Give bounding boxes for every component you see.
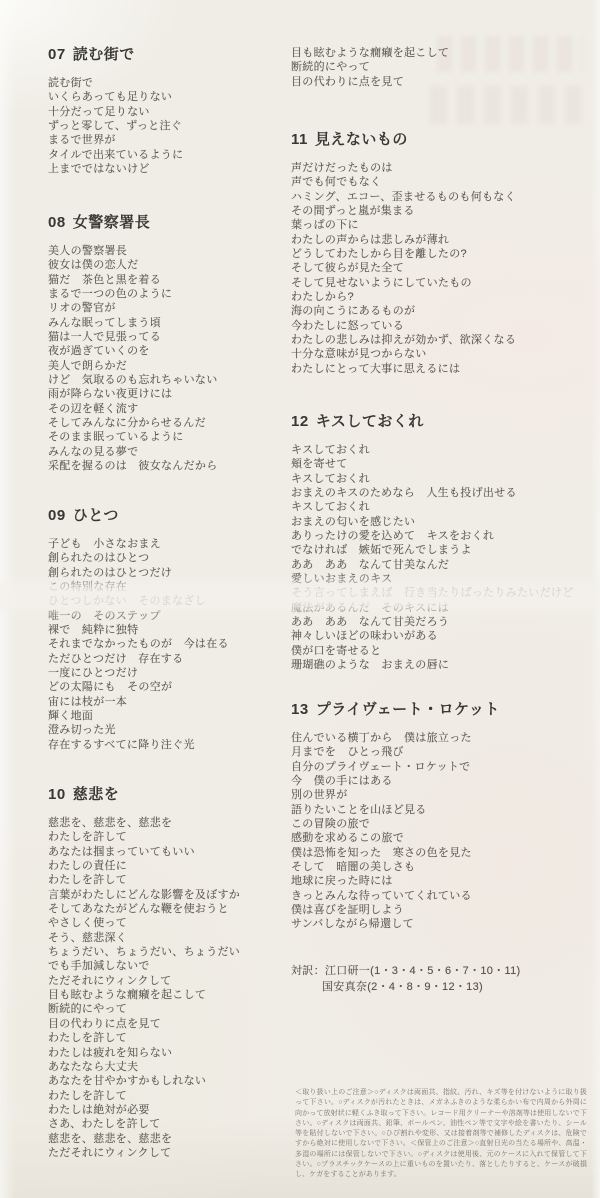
lyric-line: ひとつしかない そのまなざし xyxy=(48,594,229,608)
lyric-line: 僕は恐怖を知った 寒さの色を見た xyxy=(291,846,500,860)
lyric-line: 一度にひとつだけ xyxy=(48,666,229,680)
lyric-line: 上までではないけど xyxy=(48,162,183,176)
lyrics-column-right: 目も眩むような癇癪を起こして断続的にやって目の代わりに点を見て 11見えないもの… xyxy=(291,0,591,1198)
translator-tracks: (2・4・8・9・12・13) xyxy=(367,981,483,993)
song-section-12: 12キスしておくれ キスしておくれ頬を寄せてキスしておくれおまえのキスのためなら… xyxy=(291,413,574,673)
lyric-line: 創られたのはひとつだけ xyxy=(48,566,229,580)
lyric-line: どうしてわたしから目を離したの? xyxy=(291,247,516,261)
lyric-line: わたしを許して xyxy=(48,1031,240,1045)
lyric-line: わたしは疲れを知らない xyxy=(48,1046,240,1060)
lyric-line: ただそれにウィンクして xyxy=(48,1146,240,1160)
lyric-line: でも手加減しないで xyxy=(48,959,240,973)
track-title: 読む街で xyxy=(73,46,135,63)
lyric-line: わたしの責任に xyxy=(48,859,240,873)
lyric-line: きっとみんな待っていてくれている xyxy=(291,889,500,903)
track-number: 09 xyxy=(48,507,66,524)
lyric-line: 頬を寄せて xyxy=(291,457,574,471)
track-title: 女警察署長 xyxy=(73,214,151,231)
lyric-line: そして見せないようにしていたもの xyxy=(291,276,516,290)
lyric-line: 地球に戻った時には xyxy=(291,874,500,888)
song-heading: 10慈悲を xyxy=(48,786,240,804)
lyric-line: それまでなかったものが 今は在る xyxy=(48,637,229,651)
lyric-line: キスしておくれ xyxy=(291,443,574,457)
lyric-line: まるで世界が xyxy=(48,133,183,147)
song-heading: 07読む街で xyxy=(48,46,183,64)
lyric-line: その間ずっと嵐が集まる xyxy=(291,204,516,218)
lyrics-block-continuation: 目も眩むような癇癪を起こして断続的にやって目の代わりに点を見て xyxy=(291,46,449,89)
track-number: 10 xyxy=(48,786,66,803)
song-heading: 13プライヴェート・ロケット xyxy=(291,701,500,719)
lyrics-block: 住んでいる横丁から 僕は旅立った月までを ひとっ飛び自分のプライヴェート・ロケッ… xyxy=(291,731,500,932)
lyric-line: わたしを許して xyxy=(48,1089,240,1103)
lyric-line: 断続的にやって xyxy=(291,60,449,74)
lyric-line: この冒険の旅で xyxy=(291,817,500,831)
lyric-line: リオの警官が xyxy=(48,301,218,315)
lyric-line: そして彼らが見た全て xyxy=(291,261,516,275)
lyric-line: さあ、わたしを許して xyxy=(48,1117,240,1131)
lyric-line: 僕は喜びを証明しよう xyxy=(291,903,500,917)
song-section-10: 10慈悲を 慈悲を、慈悲を、慈悲をわたしを許してあなたは掴まっていてもいいわたし… xyxy=(48,786,240,1160)
lyric-line: みんなの見る夢で xyxy=(48,445,218,459)
lyric-line: 輝く地面 xyxy=(48,709,229,723)
lyric-line: いくらあっても足りない xyxy=(48,90,183,104)
lyrics-block: 慈悲を、慈悲を、慈悲をわたしを許してあなたは掴まっていてもいいわたしの責任にわた… xyxy=(48,816,240,1160)
lyric-line: わたしにとって大事に思えるには xyxy=(291,362,516,376)
lyric-line: ちょうだい、ちょうだい、ちょうだい xyxy=(48,945,240,959)
lyric-line: 珊瑚礁のような おまえの唇に xyxy=(291,658,574,672)
lyrics-block: 美人の警察署長彼女は僕の恋人だ猫だ 茶色と黒を着るまるで一つの色のようにリオの警… xyxy=(48,244,218,474)
lyric-line: キスしておくれ xyxy=(291,500,574,514)
lyric-line: 断続的にやって xyxy=(48,1002,240,1016)
translation-credits: 対訳：江口研一(1・3・4・5・6・7・10・11) 国安真奈(2・4・8・9・… xyxy=(291,964,521,995)
lyric-line: そしてあなたがどんな鞭を使おうと xyxy=(48,902,240,916)
lyric-line: 僕が口を寄せると xyxy=(291,644,574,658)
lyrics-block: 読む街でいくらあっても足りない十分だって足りないずっと零して、ずっと注ぐまるで世… xyxy=(48,76,183,176)
credits-label: 対訳： xyxy=(291,965,325,977)
lyric-line: 目の代わりに点を見て xyxy=(48,1017,240,1031)
lyric-line: わたしは絶対が必要 xyxy=(48,1103,240,1117)
lyric-line: サンバしながら帰還して xyxy=(291,917,500,931)
lyrics-block: 子ども 小さなおまえ創られたのはひとつ創られたのはひとつだけこの特別な存在ひとつ… xyxy=(48,537,229,752)
lyric-line: そしてみんなに分からせるんだ xyxy=(48,416,218,430)
lyric-line: その辺を軽く流す xyxy=(48,402,218,416)
lyric-line: 魔法があるんだ そのキスには xyxy=(291,601,574,615)
song-heading: 12キスしておくれ xyxy=(291,413,574,431)
lyric-line: 十分な意味が見つからない xyxy=(291,347,516,361)
track-title: プライヴェート・ロケット xyxy=(316,701,500,718)
lyrics-block: 声だけだったものは声でも何でもなくハミング、エコー、歪ませるものも何もなくその間… xyxy=(291,161,516,376)
lyric-line: わたしを許して xyxy=(48,873,240,887)
lyric-line: ありったけの愛を込めて キスをおくれ xyxy=(291,529,574,543)
lyric-line: そのまま眠っているように xyxy=(48,430,218,444)
lyric-line: この特別な存在 xyxy=(48,580,229,594)
track-number: 07 xyxy=(48,46,66,63)
lyric-line: おまえの匂いを感じたい xyxy=(291,515,574,529)
lyric-line: ああ ああ なんて甘美だろう xyxy=(291,615,574,629)
track-number: 08 xyxy=(48,214,66,231)
disc-care-notice: ＜取り扱い上のご注意＞○ディスクは両面共、指紋、汚れ、キズ等を付けないように取り… xyxy=(295,1088,587,1181)
song-section-11: 11見えないもの 声だけだったものは声でも何でもなくハミング、エコー、歪ませるも… xyxy=(291,131,516,376)
lyric-line: 雨が降らない夜更けには xyxy=(48,387,218,401)
translator-name: 江口研一 xyxy=(325,965,370,977)
lyric-line: わたしの声からは悲しみが薄れ xyxy=(291,233,516,247)
lyric-line: 美人で朗らかだ xyxy=(48,359,218,373)
track-number: 13 xyxy=(291,701,309,718)
lyric-line: ただひとつだけ 存在する xyxy=(48,652,229,666)
song-section-08: 08女警察署長 美人の警察署長彼女は僕の恋人だ猫だ 茶色と黒を着るまるで一つの色… xyxy=(48,214,218,474)
lyric-line: どの太陽にも その空が xyxy=(48,680,229,694)
lyrics-block: キスしておくれ頬を寄せてキスしておくれおまえのキスのためなら 人生も投げ出せるキ… xyxy=(291,443,574,673)
lyric-line: 住んでいる横丁から 僕は旅立った xyxy=(291,731,500,745)
lyric-line: そう、慈悲深く xyxy=(48,931,240,945)
lyric-line: 葉っぱの下に xyxy=(291,218,516,232)
lyric-line: まるで一つの色のように xyxy=(48,287,218,301)
lyric-line: 夜が過ぎていくのを xyxy=(48,344,218,358)
lyric-line: わたしから? xyxy=(291,290,516,304)
lyric-line: あなたは掴まっていてもいい xyxy=(48,845,240,859)
lyric-line: 宙には枝が一本 xyxy=(48,695,229,709)
lyric-line: 慈悲を、慈悲を、慈悲を xyxy=(48,1132,240,1146)
lyric-line: 澄み切った光 xyxy=(48,723,229,737)
lyric-line: 感動を求めるこの旅で xyxy=(291,831,500,845)
lyric-line: 声だけだったものは xyxy=(291,161,516,175)
lyric-line: 創られたのはひとつ xyxy=(48,551,229,565)
lyric-line: 采配を握るのは 彼女なんだから xyxy=(48,459,218,473)
track-number: 11 xyxy=(291,131,308,148)
song-section-13: 13プライヴェート・ロケット 住んでいる横丁から 僕は旅立った月までを ひとっ飛… xyxy=(291,701,500,932)
lyric-line: 目も眩むような癇癪を起こして xyxy=(291,46,449,60)
lyric-line: キスしておくれ xyxy=(291,472,574,486)
lyric-line: 裸で 純粋に独特 xyxy=(48,623,229,637)
lyric-line: ハミング、エコー、歪ませるものも何もなく xyxy=(291,190,516,204)
lyric-line: 読む街で xyxy=(48,76,183,90)
lyric-line: わたしを許して xyxy=(48,830,240,844)
lyric-line: みんな眠ってしまう頃 xyxy=(48,316,218,330)
lyric-line: ただそれにウィンクして xyxy=(48,974,240,988)
lyrics-column-left: 07読む街で 読む街でいくらあっても足りない十分だって足りないずっと零して、ずっ… xyxy=(48,0,288,1198)
lyric-line: 猫だ 茶色と黒を着る xyxy=(48,273,218,287)
lyric-line: 唯一の そのステップ xyxy=(48,609,229,623)
lyric-line: あなたを甘やかすかもしれない xyxy=(48,1074,240,1088)
lyric-line: そして 暗闇の美しさも xyxy=(291,860,500,874)
song-heading: 08女警察署長 xyxy=(48,214,218,232)
lyric-line: 彼女は僕の恋人だ xyxy=(48,258,218,272)
lyric-line: 慈悲を、慈悲を、慈悲を xyxy=(48,816,240,830)
song-heading: 09ひとつ xyxy=(48,507,229,525)
lyric-line: ずっと零して、ずっと注ぐ xyxy=(48,119,183,133)
lyric-line: 存在するすべてに降り注ぐ光 xyxy=(48,738,229,752)
track-number: 12 xyxy=(291,413,309,430)
lyric-line: 自分のプライヴェート・ロケットで xyxy=(291,760,500,774)
lyric-line: 今わたしに怒っている xyxy=(291,319,516,333)
track-title: キスしておくれ xyxy=(316,413,424,430)
lyric-line: 声でも何でもなく xyxy=(291,175,516,189)
lyric-line: タイルで出来ているように xyxy=(48,148,183,162)
lyric-line: 語りたいことを山ほど見る xyxy=(291,803,500,817)
translator-name: 国安真奈 xyxy=(322,981,367,993)
lyric-line: やさしく使って xyxy=(48,916,240,930)
song-section-09: 09ひとつ 子ども 小さなおまえ創られたのはひとつ創られたのはひとつだけこの特別… xyxy=(48,507,229,752)
song-heading: 11見えないもの xyxy=(291,131,516,149)
track-title: 慈悲を xyxy=(73,786,120,803)
lyric-line: 言葉がわたしにどんな影響を及ぼすか xyxy=(48,888,240,902)
lyric-line: 目も眩むような癇癪を起こして xyxy=(48,988,240,1002)
lyric-line: あなたなら大丈夫 xyxy=(48,1060,240,1074)
song-section-07: 07読む街で 読む街でいくらあっても足りない十分だって足りないずっと零して、ずっ… xyxy=(48,46,183,176)
lyric-line: 猫は一人で見張ってる xyxy=(48,330,218,344)
lyric-line: おまえのキスのためなら 人生も投げ出せる xyxy=(291,486,574,500)
lyric-line: ああ ああ なんて甘美なんだ xyxy=(291,558,574,572)
lyric-line: わたしの悲しみは抑えが効かず、欲深くなる xyxy=(291,333,516,347)
lyric-line: 別の世界が xyxy=(291,788,500,802)
credit-row: 対訳：江口研一(1・3・4・5・6・7・10・11) xyxy=(291,964,521,980)
lyric-line: 月までを ひとっ飛び xyxy=(291,745,500,759)
translator-tracks: (1・3・4・5・6・7・10・11) xyxy=(370,965,520,977)
lyric-line: 愛しいおまえのキス xyxy=(291,572,574,586)
song-section-10-continued: 目も眩むような癇癪を起こして断続的にやって目の代わりに点を見て xyxy=(291,46,449,89)
lyric-line: 美人の警察署長 xyxy=(48,244,218,258)
lyric-line: 海の向こうにあるものが xyxy=(291,304,516,318)
track-title: 見えないもの xyxy=(315,131,408,148)
credit-row: 国安真奈(2・4・8・9・12・13) xyxy=(291,980,521,996)
lyric-line: 十分だって足りない xyxy=(48,105,183,119)
lyric-line: 今 僕の手にはある xyxy=(291,774,500,788)
track-title: ひとつ xyxy=(73,507,119,524)
booklet-page: 07読む街で 読む街でいくらあっても足りない十分だって足りないずっと零して、ずっ… xyxy=(0,0,600,1198)
lyric-line: でなければ 嫉妬で死んでしまうよ xyxy=(291,543,574,557)
lyric-line: 神々しいほどの味わいがある xyxy=(291,629,574,643)
lyric-line: 目の代わりに点を見て xyxy=(291,75,449,89)
lyric-line: けど 気取るのも忘れちゃいない xyxy=(48,373,218,387)
lyric-line: そう言ってしまえば 行き当たりばったりみたいだけど xyxy=(291,586,574,600)
lyric-line: 子ども 小さなおまえ xyxy=(48,537,229,551)
